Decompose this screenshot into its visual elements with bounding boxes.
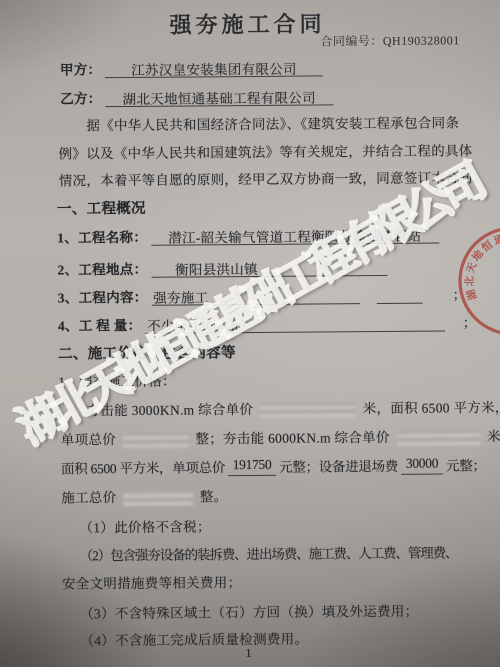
redaction-mosaic — [123, 491, 193, 507]
underline-blank — [377, 285, 423, 304]
party-b-value: 湖北天地恒通基础工程有限公司 — [105, 86, 333, 107]
project-quantity-row: 4、工 程 量： 不少于 13000 m² ； — [58, 311, 477, 334]
clause-1: （1）此价格不含税； — [79, 515, 210, 536]
page-number: 1 — [245, 646, 251, 661]
section-2-heading: 二、施工价格、包含内容等 — [58, 341, 236, 363]
company-seal-stamp: 湖北天地恒通基础工程有限公司 — [450, 213, 500, 349]
project-quantity-value: 不少于 13000 m² — [145, 312, 445, 333]
project-location-row: 2、工程地点： 衡阳县洪山镇 — [57, 256, 387, 279]
party-b-label: 乙方： — [60, 91, 102, 106]
project-name-value: 潜江-韶关输气管道工程衡阳分输站清管站 — [151, 225, 439, 246]
mobilization-fee-value: 30000 — [401, 455, 443, 474]
clause-2-continued: 安全文明措施费等相关费用； — [62, 571, 242, 592]
project-quantity-label: 4、工 程 量： — [58, 318, 142, 334]
project-location-label: 2、工程地点： — [57, 262, 147, 278]
price-line-2-pre: 单项总价 — [61, 432, 116, 447]
redaction-mosaic — [396, 431, 480, 447]
price-line-4-pre: 施工总价 — [61, 490, 116, 505]
total-price-value: 191750 — [228, 457, 276, 476]
price-line-1: 夯击能 3000KN.m 综合单价 米，面积 6500 平方米， — [87, 396, 500, 420]
redaction-mosaic — [123, 433, 189, 449]
party-a-label: 甲方： — [60, 62, 102, 77]
price-line-3-suffix: 元整； — [443, 458, 486, 473]
price-line-2-mid: 整；夯击能 6000KN.m 综合单价 — [195, 430, 389, 447]
price-line-2: 单项总价 整；夯击能 6000KN.m 综合单价 米， — [61, 425, 500, 449]
project-location-value: 衡阳县洪山镇 — [151, 257, 387, 278]
project-name-label: 1、工程名称： — [57, 230, 147, 246]
project-content-value: 强夯施工 — [151, 285, 359, 306]
contract-page: 强夯施工合同 合同编号：QH190328001 甲方： 江苏汉皇安装集团有限公司… — [0, 0, 500, 667]
clause-3: （3）不含特殊区域土（石）方回（换）填及外运费用； — [80, 600, 418, 623]
price-line-1-pre: 夯击能 3000KN.m 综合单价 — [87, 402, 254, 418]
party-b-row: 乙方： 湖北天地恒通基础工程有限公司 — [60, 85, 333, 107]
price-line-3-pre: 面积 6500 平方米，单项总价 — [61, 460, 228, 476]
preamble-line-2: 例》以及《中华人民共和国建筑法》等有关规定，并结合工程的具体 — [58, 139, 472, 162]
price-line-3: 面积 6500 平方米，单项总价 191750 元整；设备进退场费 30000 … — [61, 454, 486, 477]
seal-ring-text: 湖北天地恒通基础工程有限公司 — [450, 213, 500, 303]
price-line-1-post: 米，面积 6500 平方米， — [363, 400, 500, 416]
price-line-4-post: 整。 — [200, 489, 228, 504]
contract-photo: 强夯施工合同 合同编号：QH190328001 甲方： 江苏汉皇安装集团有限公司… — [0, 0, 500, 667]
clause-2: （2）包含强夯设备的装拆费、进出场费、施工费、人工费、管理费、 — [80, 541, 458, 564]
party-a-row: 甲方： 江苏汉皇安装集团有限公司 — [60, 56, 323, 78]
project-content-row: 3、工程内容： 强夯施工 ； — [58, 283, 467, 306]
contract-number-value: QH190328001 — [383, 33, 460, 48]
price-line-3-mid: 元整；设备进退场费 — [276, 459, 401, 475]
party-a-value: 江苏汉皇安装集团有限公司 — [105, 57, 323, 78]
redaction-mosaic — [260, 403, 356, 419]
project-content-label: 3、工程内容： — [58, 290, 148, 306]
contract-number-label: 合同编号： — [320, 34, 383, 48]
price-subheading: 1、强夯施工价格： — [58, 370, 176, 391]
preamble-line-1: 据《中华人民共和国经济合同法》、《建筑安装工程承包合同条 — [86, 111, 459, 134]
section-1-heading: 一、工程概况 — [57, 197, 146, 219]
clause-4: （4）不含施工完成后质量检测费用。 — [80, 628, 308, 650]
svg-text:湖北天地恒通基础工程有限公司: 湖北天地恒通基础工程有限公司 — [450, 213, 500, 303]
contract-number: 合同编号：QH190328001 — [320, 31, 459, 49]
project-name-row: 1、工程名称： 潜江-韶关输气管道工程衡阳分输站清管站 — [57, 224, 439, 247]
preamble-line-3: 情况，本着平等自愿的原则，经甲乙双方协商一致，同意签订本合同。 — [59, 166, 487, 189]
price-line-4: 施工总价 整。 — [61, 485, 227, 507]
price-line-2-post: 米， — [487, 429, 500, 444]
